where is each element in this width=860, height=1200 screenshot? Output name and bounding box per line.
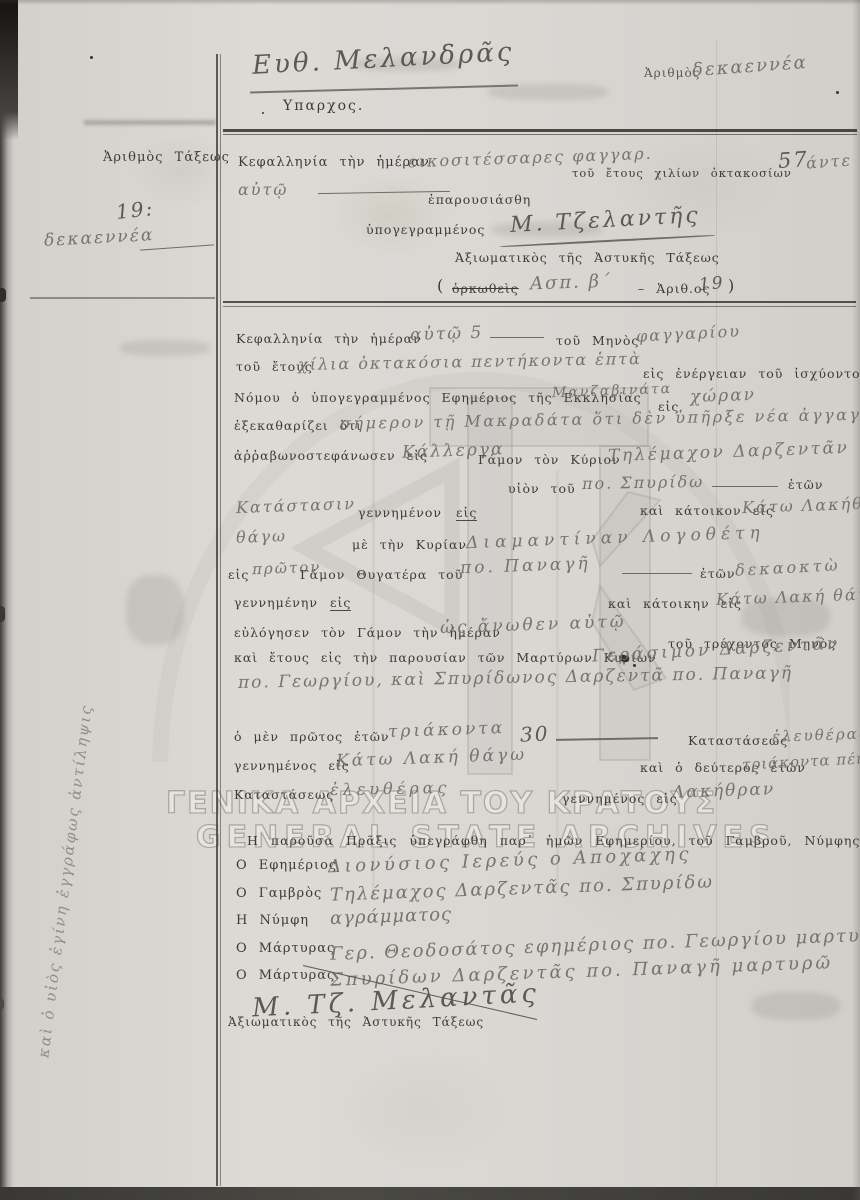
intro-year-number-handwriting: 57 bbox=[777, 147, 809, 173]
header-title-handwriting: Ευθ. Μελανδρᾶς bbox=[251, 37, 515, 81]
attestation-line: Η παροῦσα Πρᾶξις ὑπεγράφθη παρ᾽ ἡμῶν Εφη… bbox=[247, 833, 860, 848]
body-month-label: τοῦ Μηνὸς bbox=[556, 333, 639, 348]
body-residence-handwriting: Κάτω Λακήθ bbox=[742, 494, 860, 517]
binding-mark bbox=[0, 288, 6, 302]
signature-label-witness1: Ο Μάρτυρας bbox=[236, 941, 335, 956]
bleedthrough-smudge bbox=[488, 84, 608, 100]
signature-label-groom: Ο Γαμβρὸς bbox=[236, 886, 322, 901]
order-number-label: Ἀριθμὸς Τάξεως bbox=[103, 150, 230, 165]
intro-place-day: Κεφαλληνία τὴν ἡμέραν bbox=[238, 155, 430, 170]
signature-groom-handwriting: Τηλέμαχος Δαρζεντᾶς πο. Σπυρίδω bbox=[330, 871, 715, 905]
body-status2-handwriting: ἐλευθέρας bbox=[330, 778, 451, 799]
body-residence-cont-handwriting: θάγω bbox=[236, 526, 288, 547]
body-first-witness-age-label: ὁ μὲν πρῶτος ἐτῶν bbox=[234, 729, 390, 744]
body-betrothal-label: ἀῤῥαβωνοστεφάνωσεν εἰς bbox=[234, 448, 428, 463]
sworn-label-struck: ὁρκωθεὶς bbox=[452, 281, 519, 296]
intro-officer-title: Ἀξιωματικὸς τῆς Ἀστυκῆς Τάξεως bbox=[455, 250, 720, 265]
sworn-handwriting: Ασπ. β΄ bbox=[530, 271, 613, 295]
scan-top-edge bbox=[0, 0, 860, 5]
body-bride-age-handwriting: δεκαοκτὼ bbox=[735, 555, 841, 579]
body-first-witness-age-number: 30 bbox=[519, 721, 550, 747]
margin-vertical-note: καὶ ὁ υἱὸς ἐγίνη ἐγγράφως ἀντίληψις bbox=[29, 662, 100, 1101]
binding-mark bbox=[0, 606, 5, 622]
body-age-label: ἐτῶν bbox=[788, 477, 823, 492]
paren-close: ) bbox=[728, 276, 735, 295]
scan-left-edge-top bbox=[0, 0, 18, 140]
body-second-witness-born-handwriting: Λακήθραν bbox=[672, 779, 776, 803]
body-status1-handwriting: ἐλευθέρας bbox=[772, 724, 860, 745]
scanned-document-page: ΓΕΝΙΚΑ ΑΡΧΕΙΑ ΤΟΥ ΚΡΑΤΟΥΣ GENERAL STATE … bbox=[0, 0, 860, 1200]
body-groom-father-handwriting: πο. Σπυρίδω bbox=[582, 472, 705, 493]
bleedthrough-smudge bbox=[126, 575, 184, 645]
blank-dash bbox=[712, 486, 778, 487]
section-rule-thick bbox=[223, 301, 856, 303]
scan-bottom-edge bbox=[0, 1187, 860, 1200]
intro-presented-label: ἐπαρουσιάσθη bbox=[428, 192, 531, 207]
body-marriage-groom-label: Γάμον τὸν Κύριον bbox=[478, 452, 621, 467]
header-rule-thick bbox=[223, 129, 857, 132]
signature-label-priest: Ο Εφημέριος bbox=[236, 858, 337, 873]
body-daughter-of-label: Γάμον Θυγατέρα τοῦ bbox=[300, 567, 463, 582]
body-status2-label: Καταστάσεως bbox=[234, 787, 334, 802]
signature-bride-handwriting: αγράμματος bbox=[330, 904, 453, 929]
body-born-label: γεννημένον bbox=[358, 505, 442, 520]
body-first-marriage-eis: εἰς bbox=[228, 567, 249, 582]
scan-left-edge bbox=[0, 0, 14, 1200]
section-rule-thin bbox=[223, 306, 856, 307]
bleedthrough-smudge bbox=[752, 992, 840, 1020]
bleedthrough-smudge bbox=[120, 340, 210, 356]
number-ref-handwriting: 19 bbox=[698, 273, 725, 295]
body-first-witness-born-label: γεννημένος εἰς bbox=[234, 758, 350, 773]
order-number-handwriting: 19: bbox=[115, 196, 155, 224]
body-law-intro: εἰς ἐνέργειαν τοῦ ἰσχύοντος bbox=[643, 366, 860, 381]
intro-year-label: τοῦ ἔτους χιλίων ὀκτακοσίων bbox=[572, 166, 792, 180]
order-word-tail bbox=[140, 244, 214, 250]
body-place-day: Κεφαλληνία τὴν ἡμέραν bbox=[236, 331, 422, 346]
margin-rule bbox=[30, 297, 215, 299]
body-bride-born-eis: εἰς bbox=[330, 595, 351, 611]
ink-speck bbox=[836, 91, 839, 94]
header-rule-thin bbox=[223, 134, 857, 135]
body-born-eis: εἰς bbox=[456, 505, 477, 521]
signature-label-bride: Η Νύμφη bbox=[236, 913, 309, 928]
header-title-underline bbox=[250, 84, 518, 93]
body-first-witness-age-handwriting: τριάκοντα bbox=[388, 718, 506, 742]
body-month-handwriting: φαγγαρίου bbox=[636, 321, 742, 345]
body-eis-handwriting: χώραν bbox=[690, 385, 757, 407]
vertical-rule bbox=[216, 54, 218, 1186]
body-with-lady-label: μὲ τὴν Κυρίαν bbox=[352, 537, 467, 552]
body-bride-born-label: γεννημένην bbox=[234, 595, 318, 610]
paren-open: ( bbox=[437, 276, 444, 295]
ink-speck bbox=[262, 112, 264, 114]
fold-crease bbox=[716, 40, 717, 1188]
body-son-of-label: υἱὸν τοῦ bbox=[508, 481, 576, 496]
intro-auto-handwriting: αὐτῷ bbox=[238, 180, 288, 199]
body-day-handwriting: αὐτῷ 5 bbox=[410, 323, 484, 346]
body-bride-age-label: ἐτῶν bbox=[700, 566, 735, 581]
order-word-handwriting: δεκαεννέα bbox=[44, 225, 155, 251]
intro-officer-signature: Μ. Τζελαντῆς bbox=[509, 203, 701, 238]
vertical-rule bbox=[220, 54, 221, 1186]
blank-dash bbox=[490, 337, 544, 338]
ink-speck bbox=[90, 56, 93, 59]
body-second-witness-born-label: γεννημένος εἰς bbox=[562, 791, 678, 806]
blank-dash bbox=[622, 573, 692, 574]
intro-undersigned-label: ὑπογεγραμμένος bbox=[366, 222, 485, 237]
office-label: Υπαρχος. bbox=[283, 98, 364, 114]
intro-year-word-handwriting: άντε bbox=[805, 150, 852, 172]
officer-title: Ἀξιωματικὸς τῆς Ἀστυκῆς Τάξεως bbox=[228, 1015, 484, 1029]
margin-rule-smudge bbox=[84, 120, 216, 125]
number-handwriting: δεκαεννέα bbox=[691, 52, 808, 81]
